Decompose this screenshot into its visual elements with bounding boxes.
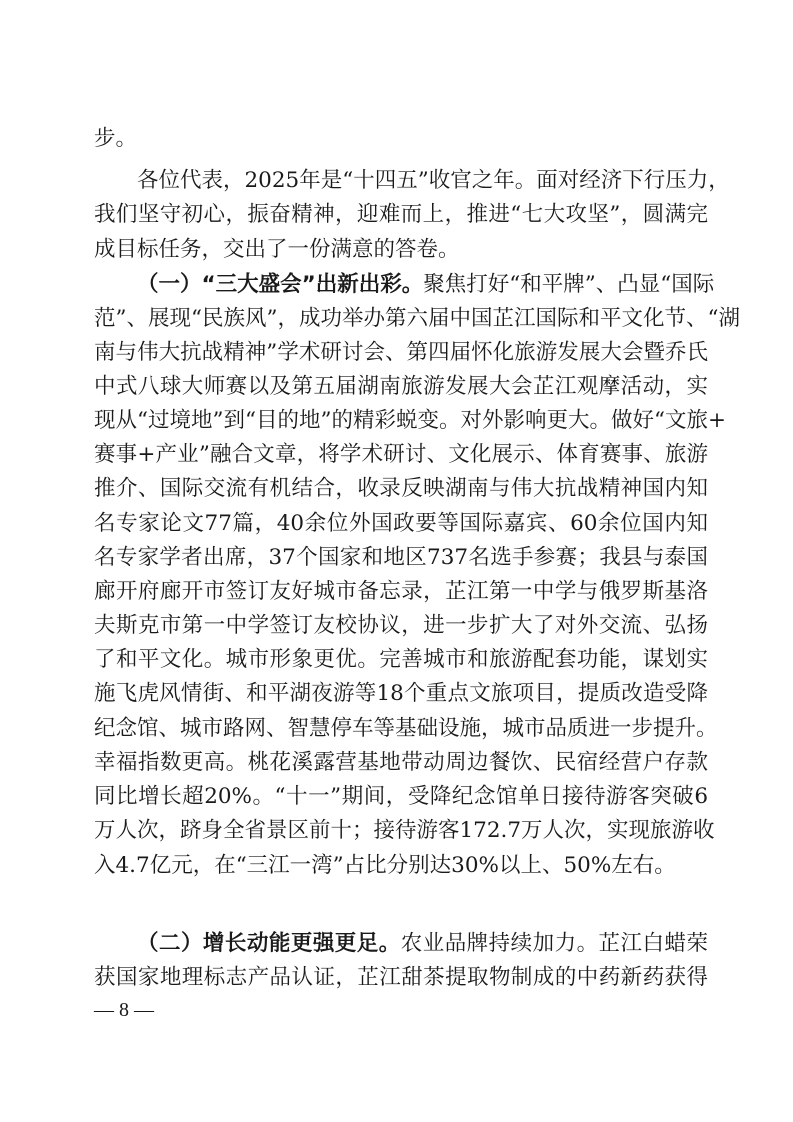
line-text: 各位代表，2025年是“十四五”收官之年。面对经济下行压力， [137, 168, 730, 193]
text-line: 成目标任务，交出了一份满意的答卷。 [94, 235, 708, 265]
line-text: 现从“过境地”到“目的地”的精彩蜕变。对外影响更大。做好“文旅+ [94, 408, 726, 433]
text-line: 赛事+产业”融合文章，将学术研讨、文化展示、体育赛事、旅游 [94, 440, 708, 470]
text-line: 同比增长超20%。“十一”期间，受降纪念馆单日接待游客突破6 [94, 782, 708, 812]
line-text: 聚焦打好“和平牌”、凸显“国际 [423, 272, 714, 297]
line-text: 万人次，跻身全省景区前十；接待游客172.7万人次，实现旅游收 [94, 818, 715, 843]
text-line: 步。 [94, 124, 708, 154]
line-text: 了和平文化。城市形象更优。完善城市和旅游配套功能，谋划实 [94, 647, 708, 672]
text-line: 夫斯克市第一中学签订友校协议，进一步扩大了对外交流、弘扬 [94, 611, 708, 641]
line-text: 中式八球大师赛以及第五届湖南旅游发展大会芷江观摩活动，实 [94, 374, 708, 399]
text-line: 推介、国际交流有机结合，收录反映湖南与伟大抗战精神国内知 [94, 474, 708, 504]
line-text: 纪念馆、城市路网、智慧停车等基础设施，城市品质进一步提升。 [94, 716, 718, 741]
line-text: 范”、展现“民族风”，成功举办第六届中国芷江国际和平文化节、“湖 [94, 306, 740, 331]
document-page: 步。 各位代表，2025年是“十四五”收官之年。面对经济下行压力， 我们坚守初心… [0, 0, 793, 1122]
line-text: 入4.7亿元，在“三江一湾”占比分别达30%以上、50%左右。 [94, 853, 676, 878]
text-line: 入4.7亿元，在“三江一湾”占比分别达30%以上、50%左右。 [94, 851, 708, 881]
line-text: 赛事+产业”融合文章，将学术研讨、文化展示、体育赛事、旅游 [94, 442, 708, 467]
text-line: 万人次，跻身全省景区前十；接待游客172.7万人次，实现旅游收 [94, 816, 708, 846]
section-heading-line: （一）“三大盛会”出新出彩。聚焦打好“和平牌”、凸显“国际 [137, 270, 708, 300]
text-line: 获国家地理标志产品认证，芷江甜茶提取物制成的中药新药获得 [94, 963, 708, 993]
line-text: 成目标任务，交出了一份满意的答卷。 [94, 237, 460, 262]
text-line: 名专家论文77篇，40余位外国政要等国际嘉宾、60余位国内知 [94, 509, 708, 539]
text-line: 南与伟大抗战精神”学术研讨会、第四届怀化旅游发展大会暨乔氏 [94, 338, 708, 368]
text-line: 我们坚守初心，振奋精神，迎难而上，推进“七大攻坚”，圆满完 [94, 200, 708, 230]
line-text: 名专家学者出席，37个国家和地区737名选手参赛；我县与泰国 [94, 545, 708, 570]
line-text: 名专家论文77篇，40余位外国政要等国际嘉宾、60余位国内知 [94, 511, 708, 536]
line-text: 获国家地理标志产品认证，芷江甜茶提取物制成的中药新药获得 [94, 965, 708, 990]
paragraph-start-line: 各位代表，2025年是“十四五”收官之年。面对经济下行压力， [137, 166, 708, 196]
line-text: 农业品牌持续加力。芷江白蜡荣 [401, 931, 708, 956]
section-heading-2: （二）增长动能更强更足。 [137, 931, 401, 956]
text-line: 了和平文化。城市形象更优。完善城市和旅游配套功能，谋划实 [94, 645, 708, 675]
line-text: 幸福指数更高。桃花溪露营基地带动周边餐饮、民宿经营户存款 [94, 750, 708, 775]
text-line: 中式八球大师赛以及第五届湖南旅游发展大会芷江观摩活动，实 [94, 372, 708, 402]
section-heading-1: （一）“三大盛会”出新出彩。 [137, 272, 423, 297]
text-line: 施飞虎风情街、和平湖夜游等18个重点文旅项目，提质改造受降 [94, 679, 708, 709]
line-text: 南与伟大抗战精神”学术研讨会、第四届怀化旅游发展大会暨乔氏 [94, 340, 708, 365]
line-text: 廊开府廊开市签订友好城市备忘录，芷江第一中学与俄罗斯基洛 [94, 579, 708, 604]
section-heading-line: （二）增长动能更强更足。农业品牌持续加力。芷江白蜡荣 [137, 929, 708, 959]
text-line: 纪念馆、城市路网、智慧停车等基础设施，城市品质进一步提升。 [94, 714, 708, 744]
line-text: 夫斯克市第一中学签订友校协议，进一步扩大了对外交流、弘扬 [94, 613, 708, 638]
text-line: 名专家学者出席，37个国家和地区737名选手参赛；我县与泰国 [94, 543, 708, 573]
text-line: 现从“过境地”到“目的地”的精彩蜕变。对外影响更大。做好“文旅+ [94, 406, 708, 436]
page-number: — 8 — [94, 997, 154, 1023]
text-line: 幸福指数更高。桃花溪露营基地带动周边餐饮、民宿经营户存款 [94, 748, 708, 778]
line-text: 同比增长超20%。“十一”期间，受降纪念馆单日接待游客突破6 [94, 784, 708, 809]
text-line: 范”、展现“民族风”，成功举办第六届中国芷江国际和平文化节、“湖 [94, 304, 708, 334]
line-text: 推介、国际交流有机结合，收录反映湖南与伟大抗战精神国内知 [94, 476, 708, 501]
text-line: 廊开府廊开市签订友好城市备忘录，芷江第一中学与俄罗斯基洛 [94, 577, 708, 607]
line-text: 我们坚守初心，振奋精神，迎难而上，推进“七大攻坚”，圆满完 [94, 202, 708, 227]
line-text: 步。 [94, 126, 137, 151]
line-text: 施飞虎风情街、和平湖夜游等18个重点文旅项目，提质改造受降 [94, 681, 708, 706]
